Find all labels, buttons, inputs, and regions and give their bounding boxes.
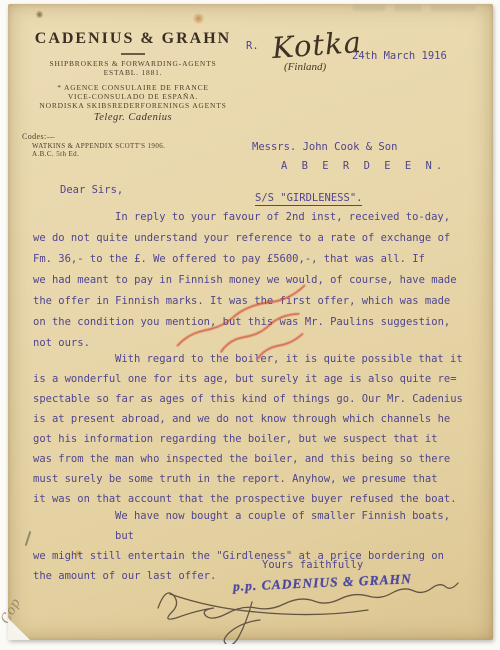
rust-stain [192, 13, 205, 24]
body-line: must surely be some truth in the report.… [33, 469, 475, 489]
letterhead-telegraph-address: Telegr. Cadenius [24, 112, 242, 123]
ink-spot [36, 10, 43, 19]
valediction: Yours faithfully [262, 559, 363, 571]
scanned-letter-page: CADENIUS & GRAHN SHIPBROKERS & FORWARDIN… [0, 0, 500, 650]
letterhead-established-line: ESTABL. 1881. [24, 68, 242, 77]
body-line: In reply to your favour of 2nd inst, rec… [33, 207, 475, 228]
body-line: is at present abroad, and we do not know… [33, 409, 475, 429]
letterhead-codes-label: Codes:— [22, 132, 55, 141]
letterhead-consulado-line: VICE-CONSULADO DE ESPAÑA. [24, 92, 242, 101]
body-line: got his information regarding the boiler… [33, 429, 475, 449]
body-line: was from the man who inspected the boile… [33, 449, 475, 469]
letterhead-nordiska-line: NORDISKA SKIBSREDERFORENINGS AGENTS [24, 101, 242, 110]
body-line: we do not quite understand your referenc… [33, 228, 475, 249]
body-line: spectable so far as ages of this kind of… [33, 389, 475, 409]
addressee-name: Messrs. John Cook & Son [252, 141, 397, 153]
place-name-script: Kotka [271, 25, 363, 65]
body-line: we might still entertain the "Girdleness… [33, 546, 475, 566]
reference-mark: R. [246, 40, 259, 52]
body-line: Fm. 36,- to the £. We offered to pay £56… [33, 249, 475, 270]
faint-offset-print [352, 2, 482, 16]
letterhead-codes-watkins: WATKINS & APPENDIX SCOTT'S 1906. [32, 142, 165, 150]
body-line: We have now bought a couple of smaller F… [33, 506, 475, 546]
country-name: (Finland) [284, 61, 326, 73]
letterhead-rule [121, 53, 145, 55]
letter-date: 24th March 1916 [352, 50, 447, 62]
page-corner-fold [8, 618, 30, 640]
letterhead-business-line: SHIPBROKERS & FORWARDING-AGENTS [24, 59, 242, 68]
handwritten-signature [140, 574, 480, 644]
addressee-city: A B E R D E E N. [281, 160, 446, 172]
salutation: Dear Sirs, [60, 184, 123, 196]
letterhead-company-name: CADENIUS & GRAHN [24, 30, 242, 48]
subject-line: S/S "GIRDLENESS". [255, 192, 362, 206]
letterhead-agence-line: * AGENCE CONSULAIRE DE FRANCE [24, 83, 242, 92]
letterhead-codes-abc: A.B.C. 5th Ed. [32, 150, 79, 158]
